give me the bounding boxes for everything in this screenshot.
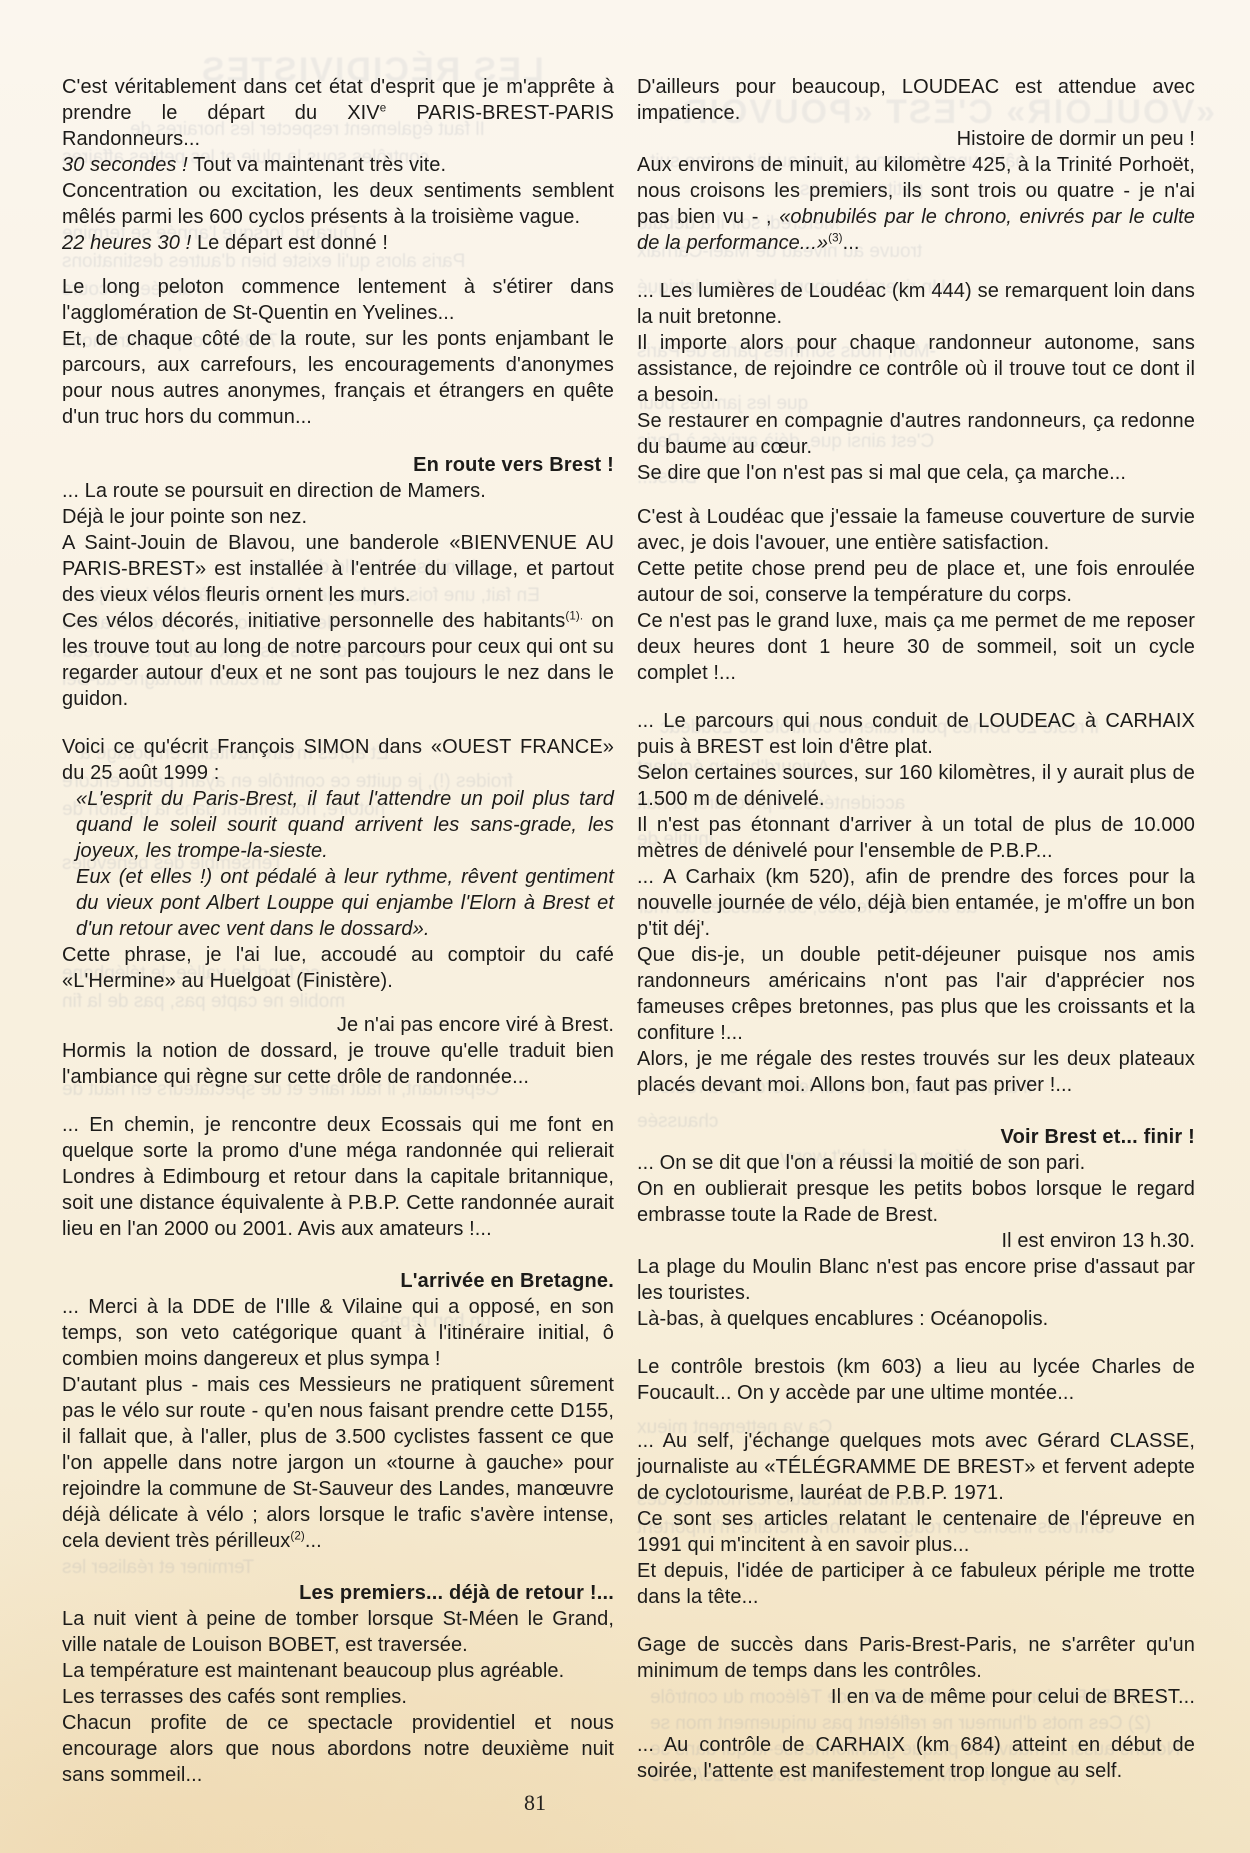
paragraph: Se dire que l'on n'est pas si mal que ce… (637, 460, 1195, 486)
paragraph: Et depuis, l'idée de participer à ce fab… (637, 1558, 1195, 1610)
paragraph: Chacun profite de ce spectacle provident… (62, 1710, 614, 1788)
paragraph: Le contrôle brestois (km 603) a lieu au … (637, 1354, 1195, 1406)
text-run: D'ailleurs pour beaucoup, LOUDEAC est at… (637, 76, 1195, 124)
text-run: Concentration ou excitation, les deux se… (62, 180, 614, 228)
paragraph: Voici ce qu'écrit François SIMON dans «O… (62, 734, 614, 786)
text-run: Ce sont ses articles relatant le centena… (637, 1508, 1195, 1556)
text-run: Cette petite chose prend peu de place et… (637, 558, 1195, 606)
magazine-page: LES RÉCIDIVISTESIl faut également respec… (0, 0, 1250, 1853)
paragraph: Eux (et elles !) ont pédalé à leur rythm… (62, 864, 614, 942)
paragraph: Cette petite chose prend peu de place et… (637, 556, 1195, 608)
text-run: Le départ est donné ! (191, 232, 388, 254)
paragraph: Il est environ 13 h.30. (637, 1228, 1195, 1254)
footnote-ref: (2) (290, 1529, 304, 1542)
paragraph-gap (637, 1610, 1195, 1632)
text-run: Gage de succès dans Paris-Brest-Paris, n… (637, 1634, 1195, 1682)
paragraph: C'est à Loudéac que j'essaie la fameuse … (637, 504, 1195, 556)
paragraph-gap (62, 712, 614, 734)
text-run: Il est environ 13 h.30. (1001, 1230, 1195, 1252)
paragraph: Et, de chaque côté de la route, sur les … (62, 326, 614, 430)
text-run: ... Le parcours qui nous conduit de LOUD… (637, 710, 1195, 758)
text-run: D'autant plus - mais ces Messieurs ne pr… (62, 1374, 614, 1552)
text-run: Hormis la notion de dossard, je trouve q… (62, 1040, 614, 1088)
text-run: ... A Carhaix (km 520), afin de prendre … (637, 866, 1195, 940)
paragraph: ... En chemin, je rencontre deux Ecossai… (62, 1112, 614, 1242)
text-run: Je n'ai pas encore viré à Brest. (337, 1014, 614, 1036)
paragraph-gap (62, 430, 614, 452)
paragraph: Le long peloton commence lentement à s'é… (62, 274, 614, 326)
paragraph: Je n'ai pas encore viré à Brest. (62, 1012, 614, 1038)
text-run: A Saint-Jouin de Blavou, une banderole «… (62, 532, 614, 606)
text-run: ... Au self, j'échange quelques mots ave… (637, 1430, 1195, 1504)
text-run: Il importe alors pour chaque randonneur … (637, 332, 1195, 406)
paragraph: La nuit vient à peine de tomber lorsque … (62, 1606, 614, 1658)
text-run: ... La route se poursuit en direction de… (62, 480, 486, 502)
paragraph-gap (637, 256, 1195, 278)
text-run: 22 heures 30 ! (62, 232, 191, 254)
text-run: Il en va de même pour celui de BREST... (831, 1686, 1195, 1708)
text-run: L'arrivée en Bretagne. (400, 1270, 614, 1292)
text-run: Les terrasses des cafés sont remplies. (62, 1686, 407, 1708)
paragraph: Il n'est pas étonnant d'arriver à un tot… (637, 812, 1195, 864)
paragraph-gap (637, 686, 1195, 708)
text-run: Et, de chaque côté de la route, sur les … (62, 328, 614, 428)
section-heading: Les premiers... déjà de retour !... (62, 1580, 614, 1606)
text-run: Histoire de dormir un peu ! (957, 128, 1195, 150)
paragraph: On en oublierait presque les petits bobo… (637, 1176, 1195, 1228)
text-run: Déjà le jour pointe son nez. (62, 506, 307, 528)
paragraph-gap (62, 256, 614, 274)
text-run: Se dire que l'on n'est pas si mal que ce… (637, 462, 1126, 484)
text-run: ... On se dit que l'on a réussi la moiti… (637, 1152, 1085, 1174)
paragraph: Histoire de dormir un peu ! (637, 126, 1195, 152)
text-run: Il n'est pas étonnant d'arriver à un tot… (637, 814, 1195, 862)
paragraph: La plage du Moulin Blanc n'est pas encor… (637, 1254, 1195, 1306)
text-run: Voir Brest et... finir ! (1001, 1126, 1195, 1148)
text-run: ... En chemin, je rencontre deux Ecossai… (62, 1114, 614, 1240)
text-run: Tout va maintenant très vite. (188, 154, 446, 176)
paragraph-gap (637, 486, 1195, 504)
text-run: Cette phrase, je l'ai lue, accoudé au co… (62, 944, 614, 992)
paragraph: Là-bas, à quelques encablures : Océanopo… (637, 1306, 1195, 1332)
section-heading: Voir Brest et... finir ! (637, 1124, 1195, 1150)
text-run: C'est à Loudéac que j'essaie la fameuse … (637, 506, 1195, 554)
footnote-ref: (3) (828, 231, 842, 244)
paragraph: Que dis-je, un double petit-déjeuner pui… (637, 942, 1195, 1046)
paragraph-gap (637, 1098, 1195, 1124)
paragraph: ... Au contrôle de CARHAIX (km 684) atte… (637, 1732, 1195, 1784)
text-run: ... Merci à la DDE de l'Ille & Vilaine q… (62, 1296, 614, 1370)
paragraph-gap (62, 1242, 614, 1268)
paragraph: ... La route se poursuit en direction de… (62, 478, 614, 504)
paragraph: La température est maintenant beaucoup p… (62, 1658, 614, 1684)
paragraph: ... On se dit que l'on a réussi la moiti… (637, 1150, 1195, 1176)
paragraph: Les terrasses des cafés sont remplies. (62, 1684, 614, 1710)
text-run: «L'esprit du Paris-Brest, il faut l'atte… (76, 788, 614, 862)
paragraph: Ces vélos décorés, initiative personnell… (62, 608, 614, 712)
paragraph: Ce sont ses articles relatant le centena… (637, 1506, 1195, 1558)
paragraph: «L'esprit du Paris-Brest, il faut l'atte… (62, 786, 614, 864)
section-heading: En route vers Brest ! (62, 452, 614, 478)
paragraph: 30 secondes ! Tout va maintenant très vi… (62, 152, 614, 178)
text-run: La température est maintenant beaucoup p… (62, 1660, 564, 1682)
paragraph: 22 heures 30 ! Le départ est donné ! (62, 230, 614, 256)
text-run: En route vers Brest ! (413, 454, 614, 476)
paragraph: ... A Carhaix (km 520), afin de prendre … (637, 864, 1195, 942)
paragraph: Alors, je me régale des restes trouvés s… (637, 1046, 1195, 1098)
paragraph: D'ailleurs pour beaucoup, LOUDEAC est at… (637, 74, 1195, 126)
text-run: ... Les lumières de Loudéac (km 444) se … (637, 280, 1195, 328)
page-footer: 81 (455, 1790, 615, 1816)
text-run: Ces vélos décorés, initiative personnell… (62, 610, 565, 632)
text-run: 30 secondes ! (62, 154, 188, 176)
paragraph: Se restaurer en compagnie d'autres rando… (637, 408, 1195, 460)
paragraph: A Saint-Jouin de Blavou, une banderole «… (62, 530, 614, 608)
text-run: Voici ce qu'écrit François SIMON dans «O… (62, 736, 614, 784)
page-number: 81 (524, 1790, 546, 1815)
section-heading: L'arrivée en Bretagne. (62, 1268, 614, 1294)
left-column: C'est véritablement dans cet état d'espr… (62, 74, 614, 1788)
paragraph: Aux environs de minuit, au kilomètre 425… (637, 152, 1195, 256)
text-run: ... (843, 232, 860, 254)
paragraph: ... Le parcours qui nous conduit de LOUD… (637, 708, 1195, 760)
text-run: Le contrôle brestois (km 603) a lieu au … (637, 1356, 1195, 1404)
text-run: Eux (et elles !) ont pédalé à leur rythm… (76, 866, 614, 940)
paragraph: Cette phrase, je l'ai lue, accoudé au co… (62, 942, 614, 994)
text-run: On en oublierait presque les petits bobo… (637, 1178, 1195, 1226)
text-run: Selon certaines sources, sur 160 kilomèt… (637, 762, 1195, 810)
text-run: ... (305, 1530, 322, 1552)
paragraph-gap (637, 1406, 1195, 1428)
paragraph-gap (637, 1332, 1195, 1354)
paragraph: Gage de succès dans Paris-Brest-Paris, n… (637, 1632, 1195, 1684)
footnote-ref: (1). (565, 609, 583, 622)
text-run: Alors, je me régale des restes trouvés s… (637, 1048, 1195, 1096)
text-run: Chacun profite de ce spectacle provident… (62, 1712, 614, 1786)
text-run: ... Au contrôle de CARHAIX (km 684) atte… (637, 1734, 1195, 1782)
paragraph: ... Merci à la DDE de l'Ille & Vilaine q… (62, 1294, 614, 1372)
paragraph-gap (637, 1710, 1195, 1732)
text-run: Les premiers... déjà de retour !... (299, 1582, 614, 1604)
right-column: D'ailleurs pour beaucoup, LOUDEAC est at… (637, 74, 1195, 1784)
text-run: Le long peloton commence lentement à s'é… (62, 276, 614, 324)
paragraph: Hormis la notion de dossard, je trouve q… (62, 1038, 614, 1090)
text-run: Là-bas, à quelques encablures : Océanopo… (637, 1308, 1048, 1330)
paragraph: C'est véritablement dans cet état d'espr… (62, 74, 614, 152)
paragraph: Il importe alors pour chaque randonneur … (637, 330, 1195, 408)
paragraph: Selon certaines sources, sur 160 kilomèt… (637, 760, 1195, 812)
paragraph-gap (62, 1090, 614, 1112)
text-run: Et depuis, l'idée de participer à ce fab… (637, 1560, 1195, 1608)
paragraph: ... Au self, j'échange quelques mots ave… (637, 1428, 1195, 1506)
paragraph-gap (62, 1554, 614, 1580)
paragraph: Déjà le jour pointe son nez. (62, 504, 614, 530)
paragraph-gap (62, 994, 614, 1012)
paragraph: Ce n'est pas le grand luxe, mais ça me p… (637, 608, 1195, 686)
paragraph: Il en va de même pour celui de BREST... (637, 1684, 1195, 1710)
text-run: Que dis-je, un double petit-déjeuner pui… (637, 944, 1195, 1044)
text-run: Se restaurer en compagnie d'autres rando… (637, 410, 1195, 458)
text-run: Ce n'est pas le grand luxe, mais ça me p… (637, 610, 1195, 684)
text-run: La plage du Moulin Blanc n'est pas encor… (637, 1256, 1195, 1304)
paragraph: Concentration ou excitation, les deux se… (62, 178, 614, 230)
paragraph: ... Les lumières de Loudéac (km 444) se … (637, 278, 1195, 330)
text-run: La nuit vient à peine de tomber lorsque … (62, 1608, 614, 1656)
paragraph: D'autant plus - mais ces Messieurs ne pr… (62, 1372, 614, 1554)
